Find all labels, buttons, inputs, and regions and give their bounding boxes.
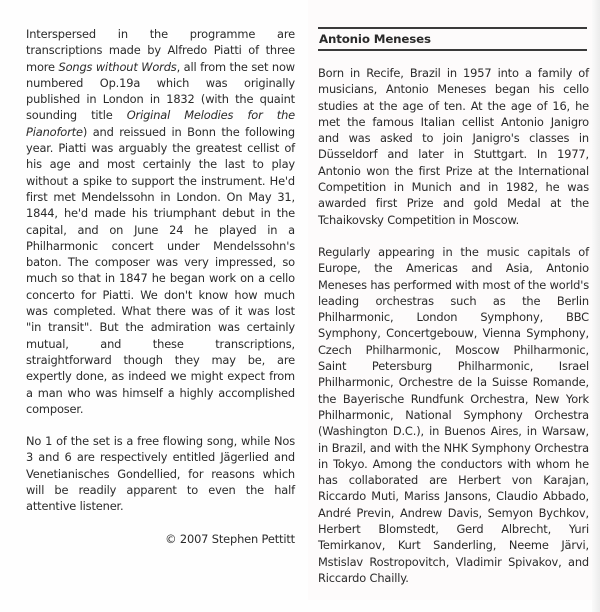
right-column: Antonio Meneses Born in Recife, Brazil i… (318, 26, 589, 602)
left-column: Interspersed in the programme are transc… (26, 26, 295, 563)
page-edge-shadow (592, 0, 600, 612)
author-credit: © 2007 Stephen Pettitt (26, 531, 295, 547)
artist-heading: Antonio Meneses (318, 27, 587, 51)
text-segment: No 1 of the set is a free flowing song, … (26, 434, 295, 513)
programme-notes-paragraph-2: No 1 of the set is a free flowing song, … (26, 433, 295, 514)
artist-bio-paragraph-1: Born in Recife, Brazil in 1957 into a fa… (318, 65, 589, 228)
text-segment: ) and reissued in Bonn the following yea… (26, 125, 295, 416)
artist-bio-paragraph-2: Regularly appearing in the music capital… (318, 244, 589, 586)
programme-notes-paragraph-1: Interspersed in the programme are transc… (26, 26, 295, 417)
work-title-songs-without-words: Songs without Words (58, 60, 176, 74)
